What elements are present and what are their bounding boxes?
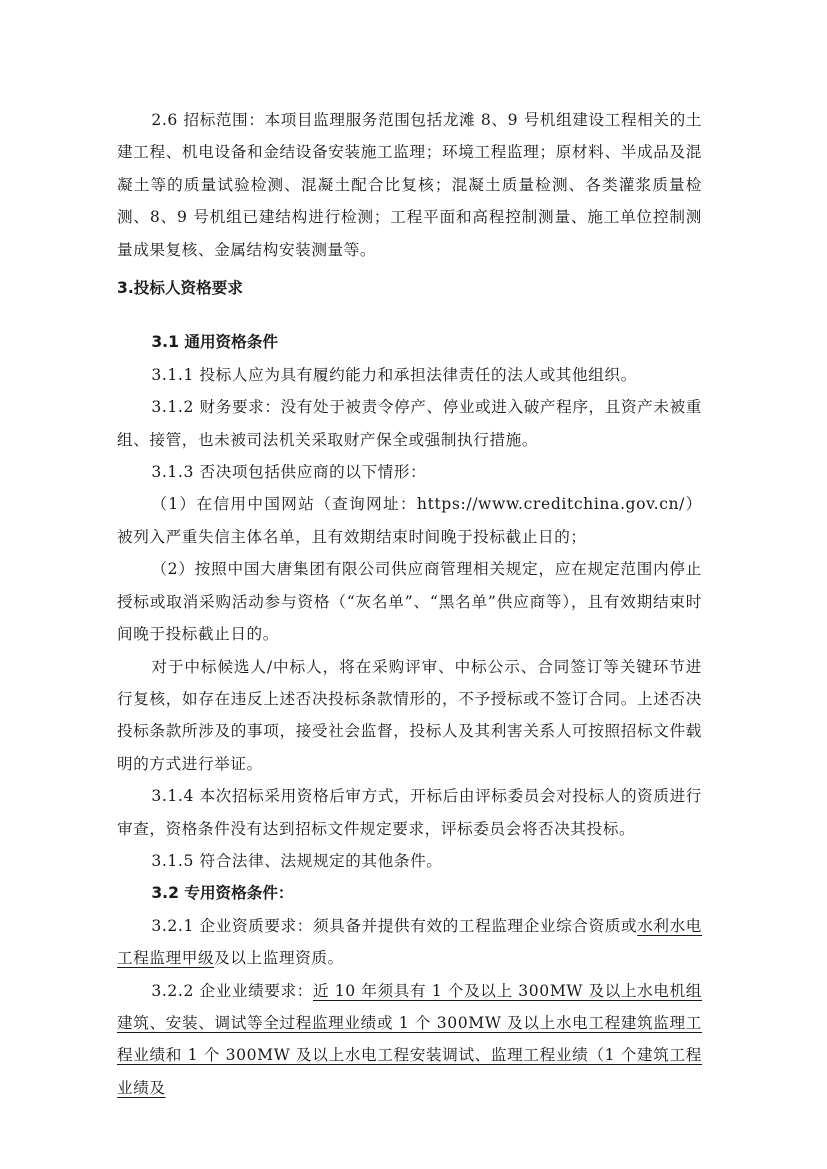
document-page: 2.6 招标范围：本项目监理服务范围包括龙滩 8、9 号机组建设工程相关的土建工…	[117, 104, 702, 1104]
item-3-1-3-2: （2）按照中国大唐集团有限公司供应商管理相关规定，应在规定范围内停止授标或取消采…	[117, 553, 702, 650]
item-3-1-5: 3.1.5 符合法律、法规规定的其他条件。	[117, 845, 702, 877]
item-3-1-2: 3.1.2 财务要求：没有处于被责令停产、停业或进入破产程序，且资产未被重组、接…	[117, 391, 702, 456]
item-3-1-3-1: （1）在信用中国网站（查询网址：https://www.creditchina.…	[117, 488, 702, 553]
item-3-2-2-prefix: 3.2.2 企业业绩要求：	[151, 982, 313, 1000]
section-2-6-paragraph: 2.6 招标范围：本项目监理服务范围包括龙滩 8、9 号机组建设工程相关的土建工…	[117, 104, 702, 266]
item-3-2-1-suffix: 及以上监理资质。	[214, 949, 344, 967]
review-paragraph: 对于中标候选人/中标人，将在采购评审、中标公示、合同签订等关键环节进行复核，如存…	[117, 651, 702, 781]
heading-general-qualification: 3.1 通用资格条件	[117, 326, 702, 358]
item-3-1-1: 3.1.1 投标人应为具有履约能力和承担法律责任的法人或其他组织。	[117, 359, 702, 391]
item-3-2-1-prefix: 3.2.1 企业资质要求：须具备并提供有效的工程监理企业综合资质或	[151, 917, 637, 935]
heading-bidder-qualification: 3.投标人资格要求	[117, 272, 702, 304]
item-3-1-4: 3.1.4 本次招标采用资格后审方式，开标后由评标委员会对投标人的资质进行审查，…	[117, 780, 702, 845]
item-3-1-3: 3.1.3 否决项包括供应商的以下情形：	[117, 456, 702, 488]
item-3-2-1: 3.2.1 企业资质要求：须具备并提供有效的工程监理企业综合资质或水利水电工程监…	[117, 910, 702, 975]
item-3-2-2: 3.2.2 企业业绩要求：近 10 年须具有 1 个及以上 300MW 及以上水…	[117, 975, 702, 1105]
heading-special-qualification: 3.2 专用资格条件：	[117, 877, 702, 909]
